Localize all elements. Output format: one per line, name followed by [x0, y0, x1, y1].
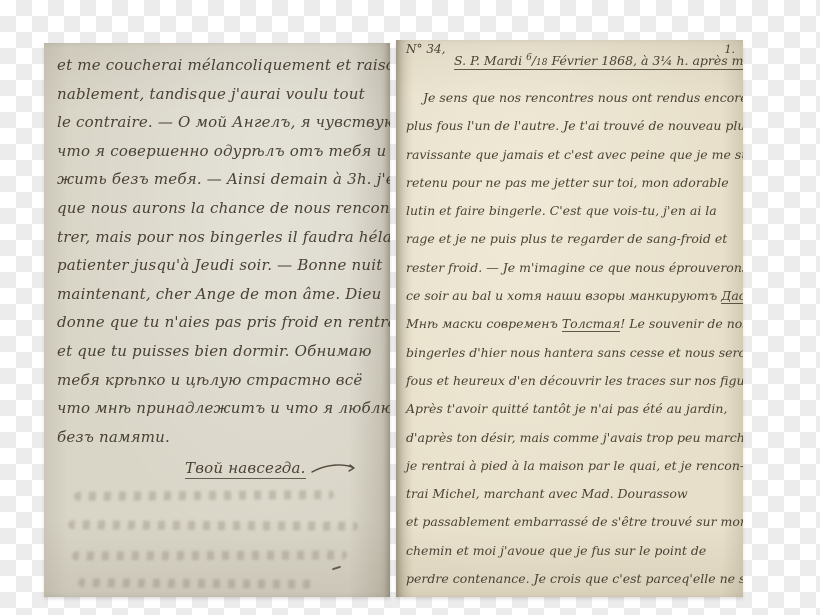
handwritten-line: trer, mais pour nos bingerles il faudra …	[57, 223, 388, 252]
dateline-prefix: S. P. Mardi	[454, 53, 526, 68]
handwritten-line-with-underlined-word: Мнѣ маски современъ Толстая! Le souvenir…	[406, 310, 740, 338]
handwritten-line: что мнѣ принадлежитъ и что я люблю	[57, 394, 388, 423]
handwritten-line: тебя крѣпко и цѣлую страстно всё	[57, 366, 388, 395]
handwritten-line: ravissante que jamais et c'est avec pein…	[406, 141, 740, 169]
signature-flourish-icon	[310, 461, 362, 477]
handwritten-line-with-underlined-word: ce soir au bal и хотя наши взоры манкиру…	[406, 282, 740, 310]
handwritten-line: trai Michel, marchant avec Mad. Dourasso…	[406, 480, 740, 508]
handwritten-line: le contraire. — О мой Ангелъ, я чувствую	[57, 108, 388, 137]
folio-number: N° 34,	[406, 42, 445, 56]
handwritten-line: retenu pour ne pas me jetter sur toi, mo…	[406, 169, 740, 197]
letter-page-right: N° 34, 1. S. P. Mardi 6/18 Février 1868,…	[396, 40, 743, 597]
underlined-word: Дассой.	[721, 288, 743, 304]
showthrough-ghost-line	[72, 551, 347, 561]
ink-speck	[332, 566, 341, 571]
handwritten-line: chemin et moi j'avoue que je fus sur le …	[406, 537, 740, 565]
handwritten-line: maintenant, cher Ange de mon âme. Dieu	[57, 280, 388, 309]
handwritten-line: rage et je ne puis plus te regarder de s…	[406, 225, 740, 253]
line-text: Мнѣ маски современъ	[406, 316, 562, 331]
showthrough-ghost-line	[68, 520, 358, 531]
handwritten-line: безъ памяти.	[57, 423, 388, 452]
handwritten-line: et passablement embarrassé de s'être tro…	[406, 508, 740, 536]
dateline-rest: Février 1868, à 3¼ h. après midi.	[548, 53, 744, 68]
right-page-text-block: Je sens que nos rencontres nous ont rend…	[406, 84, 740, 593]
dateline: S. P. Mardi 6/18 Février 1868, à 3¼ h. a…	[454, 53, 735, 68]
left-page-text-block: et me coucherai mélancoliquement et rais…	[57, 51, 388, 481]
dateline-day-old-style: 18	[536, 58, 547, 68]
handwritten-line: bingerles d'hier nous hantera sans cesse…	[406, 339, 740, 367]
letter-photo: et me coucherai mélancoliquement et rais…	[44, 40, 743, 597]
handwritten-line: que nous aurons la chance de nous rencon…	[57, 194, 388, 223]
transparency-checkerboard-background: et me coucherai mélancoliquement et rais…	[0, 0, 820, 615]
handwritten-line: nablement, tandisque j'aurai voulu tout	[57, 80, 388, 109]
underlined-word: Толстая	[562, 316, 620, 332]
handwritten-line: rester froid. — Je m'imagine ce que nous…	[406, 254, 740, 282]
showthrough-ghost-line	[78, 578, 318, 589]
handwritten-line: plus fous l'un de l'autre. Je t'ai trouv…	[406, 112, 740, 140]
handwritten-line: d'après ton désir, mais comme j'avais tr…	[406, 424, 740, 452]
letter-page-left: et me coucherai mélancoliquement et rais…	[44, 43, 390, 597]
handwritten-line: fous et heureux d'en découvrir les trace…	[406, 367, 740, 395]
handwritten-line: Je sens que nos rencontres nous ont rend…	[406, 84, 740, 112]
handwritten-line: что я совершенно одурѣлъ отъ тебя и не м…	[57, 137, 388, 166]
handwritten-line: et me coucherai mélancoliquement et rais…	[57, 51, 388, 80]
dateline-text: S. P. Mardi 6/18 Février 1868, à 3¼ h. a…	[454, 53, 743, 70]
line-text: ce soir au bal и хотя наши взоры манкиру…	[406, 288, 721, 303]
handwritten-line: Après t'avoir quitté tantôt je n'ai pas …	[406, 395, 740, 423]
signature-row: Твой навсегда.	[57, 455, 388, 481]
handwritten-line: et que tu puisses bien dormir. Обнимаю	[57, 337, 388, 366]
handwritten-line: lutin et faire bingerle. C'est que vois-…	[406, 197, 740, 225]
handwritten-line: perdre contenance. Je crois que c'est pa…	[406, 565, 740, 593]
signature: Твой навсегда.	[185, 459, 306, 479]
handwritten-line: patienter jusqu'à Jeudi soir. — Bonne nu…	[57, 251, 388, 280]
line-text: ! Le souvenir de nos	[620, 316, 743, 331]
handwritten-line: je rentrai à pied à la maison par le qua…	[406, 452, 740, 480]
handwritten-line: donne que tu n'aies pas pris froid en re…	[57, 308, 388, 337]
handwritten-line: жить безъ тебя. — Ainsi demain à 3h. j'e…	[57, 165, 388, 194]
showthrough-ghost-line	[74, 490, 334, 501]
